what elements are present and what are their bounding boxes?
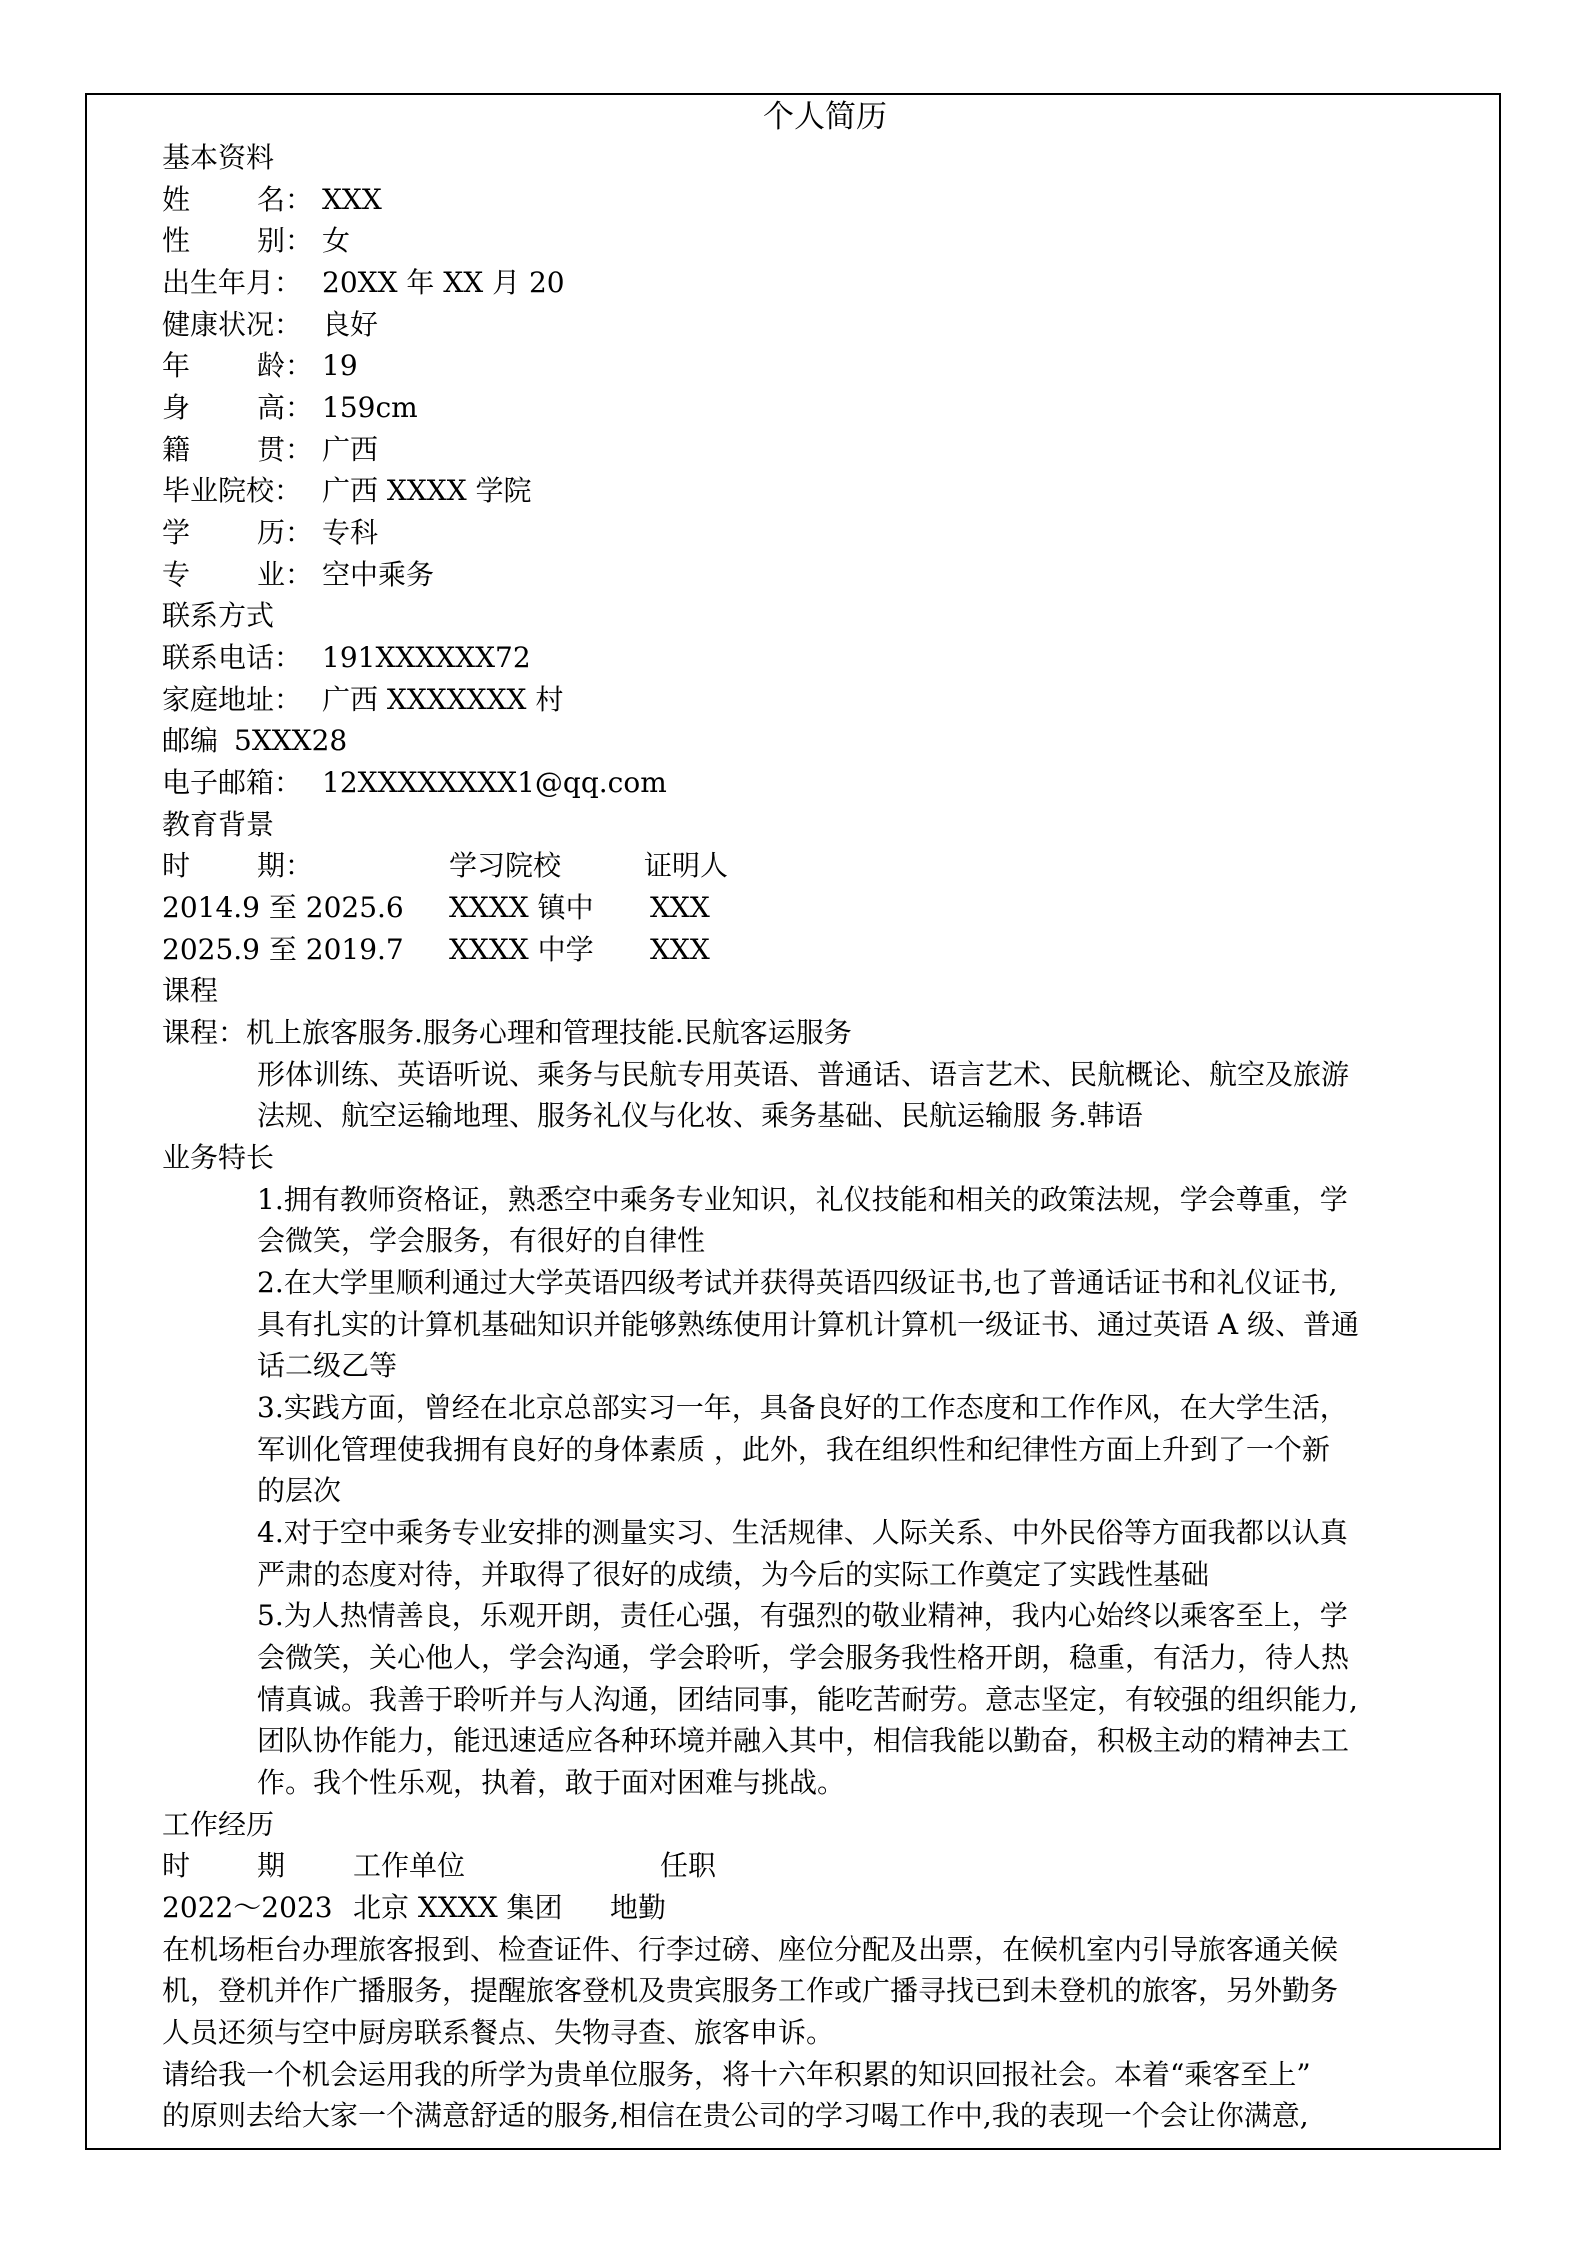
skill-item-line: 情真诚。我善于聆听并与人沟通，团结同事，能吃苦耐劳。意志坚定，有较强的组织能力, [257, 1680, 1358, 1720]
work-position: 地勤 [610, 1888, 666, 1928]
field-label: 电子邮箱： [162, 763, 302, 803]
education-witness: XXX [650, 930, 710, 970]
field-value: 191XXXXXX72 [322, 638, 531, 678]
field-label: 业： [257, 555, 313, 595]
field-value: 广西 XXXX 学院 [322, 471, 532, 511]
field-label: 贯： [257, 430, 313, 470]
skill-item-line: 3.实践方面，曾经在北京总部实习一年，具备良好的工作态度和工作作风，在大学生活， [257, 1388, 1348, 1428]
field-label: 毕业院校： [162, 471, 302, 511]
skill-item-line: 2.在大学里顺利通过大学英语四级考试并获得英语四级证书,也了普通话证书和礼仪证书… [257, 1263, 1338, 1303]
field-value: 女 [322, 221, 350, 261]
work-company: 北京 XXXX 集团 [353, 1888, 563, 1928]
education-school: XXXX 镇中 [449, 888, 594, 928]
skill-item-line: 会微笑，学会服务，有很好的自律性 [257, 1221, 705, 1261]
column-header: 任职 [660, 1846, 716, 1886]
field-label: 专 [162, 555, 190, 595]
courses-line: 法规、航空运输地理、服务礼仪与化妆、乘务基础、民航运输服 务.韩语 [257, 1096, 1143, 1136]
field-value: 12XXXXXXXX1@qq.com [322, 763, 667, 803]
field-label: 高： [257, 388, 313, 428]
field-label: 籍 [162, 430, 190, 470]
field-label: 龄： [257, 346, 313, 386]
section-heading-basic: 基本资料 [162, 138, 274, 178]
field-value: 良好 [322, 305, 378, 345]
skill-item-line: 4.对于空中乘务专业安排的测量实习、生活规律、人际关系、中外民俗等方面我都以认真 [257, 1513, 1348, 1553]
work-description-line: 在机场柜台办理旅客报到、检查证件、行李过磅、座位分配及出票，在候机室内引导旅客通… [162, 1930, 1338, 1970]
field-value: 20XX 年 XX 月 20 [322, 263, 565, 303]
skill-item-line: 团队协作能力，能迅速适应各种环境并融入其中，相信我能以勤奋，积极主动的精神去工 [257, 1721, 1349, 1761]
field-value: 19 [322, 346, 358, 386]
field-label: 名： [257, 180, 313, 220]
field-value: 广西 [322, 430, 378, 470]
field-label: 健康状况： [162, 305, 302, 345]
page-title: 个人简历 [763, 97, 887, 137]
skill-item-line: 会微笑，关心他人，学会沟通，学会聆听，学会服务我性格开朗，稳重，有活力，待人热 [257, 1638, 1349, 1678]
field-label: 出生年月： [162, 263, 302, 303]
field-label: 性 [162, 221, 190, 261]
courses-line: 课程：机上旅客服务.服务心理和管理技能.民航客运服务 [162, 1013, 852, 1053]
column-header: 时 [162, 846, 190, 886]
section-heading-skills: 业务特长 [162, 1138, 274, 1178]
work-header-row: 时 期 工作单位 任职 [162, 1846, 1462, 1886]
education-period: 2025.9 至 2019.7 [162, 930, 404, 970]
field-value: 专科 [322, 513, 378, 553]
skill-item-line: 严肃的态度对待，并取得了很好的成绩，为今后的实际工作奠定了实践性基础 [257, 1555, 1209, 1595]
column-header: 证明人 [644, 846, 728, 886]
field-label: 历： [257, 513, 313, 553]
column-header: 期 [257, 1846, 285, 1886]
field-value: 广西 XXXXXXX 村 [322, 680, 563, 720]
field-value: 空中乘务 [322, 555, 434, 595]
section-heading-contact: 联系方式 [162, 596, 274, 636]
skill-item-line: 作。我个性乐观，执着，敢于面对困难与挑战。 [257, 1763, 845, 1803]
work-row: 2022～2023 北京 XXXX 集团 地勤 [162, 1888, 1462, 1928]
work-period: 2022～2023 [162, 1888, 333, 1928]
skill-item-line: 1.拥有教师资格证，熟悉空中乘务专业知识，礼仪技能和相关的政策法规，学会尊重，学 [257, 1180, 1348, 1220]
closing-line: 请给我一个机会运用我的所学为贵单位服务，将十六年积累的知识回报社会。本着“乘客至… [162, 2055, 1311, 2095]
education-witness: XXX [650, 888, 710, 928]
field-label: 别： [257, 221, 313, 261]
education-row: 2014.9 至 2025.6 XXXX 镇中 XXX [162, 888, 1462, 928]
column-header: 时 [162, 1846, 190, 1886]
education-school: XXXX 中学 [449, 930, 594, 970]
field-label: 姓 [162, 180, 190, 220]
field-label: 联系电话： [162, 638, 302, 678]
field-value: 159cm [322, 388, 418, 428]
skill-item-line: 话二级乙等 [257, 1346, 397, 1386]
work-description-line: 机，登机并作广播服务，提醒旅客登机及贵宾服务工作或广播寻找已到未登机的旅客，另外… [162, 1971, 1338, 2011]
skill-item-line: 5.为人热情善良，乐观开朗，责任心强，有强烈的敬业精神，我内心始终以乘客至上，学 [257, 1596, 1348, 1636]
column-header: 期： [257, 846, 313, 886]
field-value: 5XXX28 [234, 721, 347, 761]
skill-item-line: 军训化管理使我拥有良好的身体素质 ，此外，我在组织性和纪律性方面上升到了一个新 [257, 1430, 1330, 1470]
field-value: XXX [322, 180, 382, 220]
education-period: 2014.9 至 2025.6 [162, 888, 404, 928]
column-header: 学习院校 [449, 846, 561, 886]
section-heading-work: 工作经历 [162, 1805, 274, 1845]
field-label: 家庭地址： [162, 680, 302, 720]
courses-line: 形体训练、英语听说、乘务与民航专用英语、普通话、语言艺术、民航概论、航空及旅游 [257, 1055, 1349, 1095]
field-label: 邮编 [162, 721, 218, 761]
field-label: 身 [162, 388, 190, 428]
section-heading-courses: 课程 [162, 971, 218, 1011]
column-header: 工作单位 [353, 1846, 465, 1886]
closing-line: 的原则去给大家一个满意舒适的服务,相信在贵公司的学习喝工作中,我的表现一个会让你… [162, 2096, 1309, 2136]
field-label: 年 [162, 346, 190, 386]
work-description-line: 人员还须与空中厨房联系餐点、失物寻查、旅客申诉。 [162, 2013, 834, 2053]
education-header-row: 时 期： 学习院校 证明人 [162, 846, 1462, 886]
education-row: 2025.9 至 2019.7 XXXX 中学 XXX [162, 930, 1462, 970]
section-heading-education: 教育背景 [162, 805, 274, 845]
skill-item-line: 的层次 [257, 1471, 341, 1511]
field-label: 学 [162, 513, 190, 553]
skill-item-line: 具有扎实的计算机基础知识并能够熟练使用计算机计算机一级证书、通过英语 A 级、普… [257, 1305, 1359, 1345]
